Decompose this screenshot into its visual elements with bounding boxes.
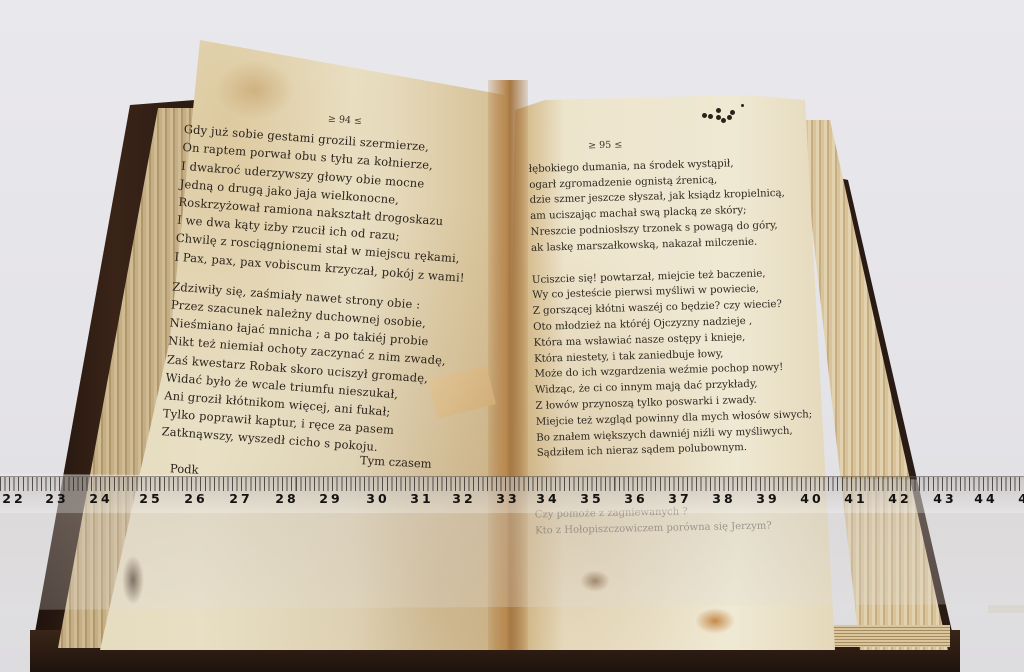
verse-partial: Podk bbox=[170, 461, 199, 476]
ruler-label: 35 bbox=[580, 491, 603, 506]
ruler-label: 28 bbox=[275, 491, 298, 506]
ruler-label: 34 bbox=[536, 491, 559, 506]
stain bbox=[695, 608, 735, 634]
ruler-label: 42 bbox=[888, 491, 911, 506]
ruler-label: 38 bbox=[712, 491, 735, 506]
ruler-label: 25 bbox=[139, 491, 162, 506]
right-page-text: ≥ 95 ≤ łębokiego dumania, na środek wyst… bbox=[528, 132, 827, 462]
ruler-label: 44 bbox=[974, 491, 997, 506]
ruler-label: 45 bbox=[1018, 491, 1024, 506]
ruler-label: 30 bbox=[366, 491, 389, 506]
photo-scene: ≥ 94 ≤ Gdy już sobie gestami grozili sze… bbox=[0, 0, 1024, 672]
wormhole bbox=[721, 118, 726, 123]
ruler-label: 33 bbox=[496, 491, 519, 506]
ruler-label: 23 bbox=[45, 491, 68, 506]
ruler-label: 24 bbox=[89, 491, 112, 506]
ruler-label: 37 bbox=[668, 491, 691, 506]
ruler-labels: 2223242526272829303132333435363738394041… bbox=[0, 491, 1024, 509]
wormhole bbox=[741, 104, 744, 107]
left-page-text: ≥ 94 ≤ Gdy już sobie gestami grozili sze… bbox=[161, 100, 505, 464]
ruler-ticks bbox=[0, 477, 1024, 491]
ruler-label: 32 bbox=[452, 491, 475, 506]
wormhole bbox=[702, 113, 707, 118]
ruler-sticker bbox=[988, 605, 1024, 613]
ruler-label: 27 bbox=[229, 491, 252, 506]
ruler-label: 29 bbox=[319, 491, 342, 506]
ruler-label: 41 bbox=[844, 491, 867, 506]
wormhole bbox=[730, 110, 735, 115]
ruler-label: 40 bbox=[800, 491, 823, 506]
ruler-label: 36 bbox=[624, 491, 647, 506]
ruler-label: 39 bbox=[756, 491, 779, 506]
ruler-label: 31 bbox=[410, 491, 433, 506]
wormhole bbox=[727, 115, 732, 120]
ruler-label: 26 bbox=[184, 491, 207, 506]
wormhole bbox=[708, 114, 713, 119]
wormhole bbox=[716, 108, 721, 113]
ruler-label: 43 bbox=[933, 491, 956, 506]
ruler-label: 22 bbox=[2, 491, 25, 506]
